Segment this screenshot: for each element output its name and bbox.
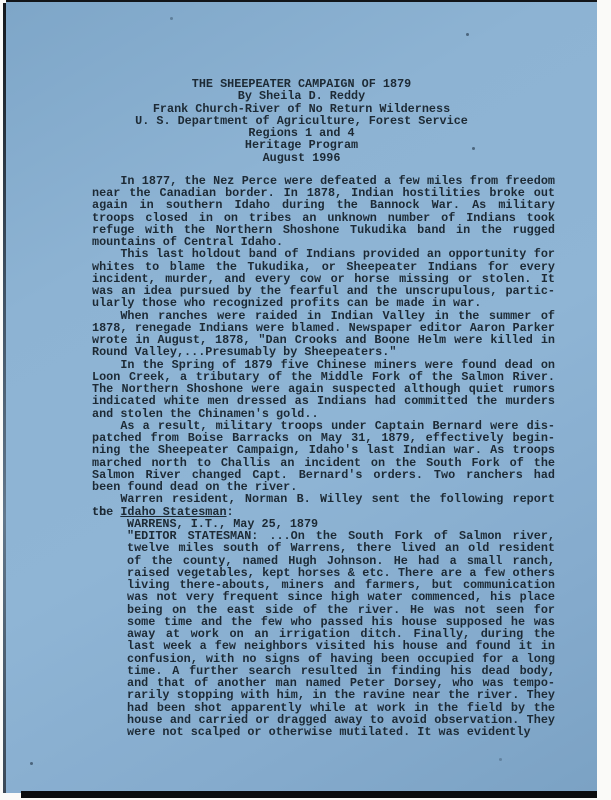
body-line: Round Valley,...Presumably by Sheepeater… <box>92 346 555 358</box>
letter-line: were not scalped or otherwise mutilated.… <box>127 726 555 738</box>
body-line: ularly those who recognized profits can … <box>92 297 555 309</box>
body-line: whites to blame the Tukudika, or Sheepea… <box>92 261 555 273</box>
body-line: the Idaho Statesman: <box>92 506 555 518</box>
scan-noise-speck <box>472 147 475 150</box>
title-line: Heritage Program <box>6 139 597 151</box>
letter-line: twelve miles south of Warrens, there liv… <box>127 542 555 554</box>
scan-noise-speck <box>30 762 33 765</box>
document-body: In 1877, the Nez Perce were defeated a f… <box>92 175 555 518</box>
letter-line: confusion, with no signs of having been … <box>127 653 555 665</box>
title-line: Frank Church-River of No Return Wilderne… <box>6 103 597 115</box>
letter-line: of the county, named Hugh Johnson. He ha… <box>127 555 555 567</box>
document-header: THE SHEEPEATER CAMPAIGN OF 1879By Sheila… <box>6 78 597 164</box>
scan-noise-speck <box>499 758 502 761</box>
body-line: indicated white men dressed as Indians h… <box>92 395 555 407</box>
letter-line: being on the east side of the river. He … <box>127 604 555 616</box>
body-line: again in southern Idaho during the Banno… <box>92 199 555 211</box>
body-line: ning the Sheepeater Campaign, Idaho's la… <box>92 444 555 456</box>
body-line: When ranches were raided in Indian Valle… <box>92 310 555 322</box>
letter-excerpt-block: WARRENS, I.T., May 25, 1879"EDITOR STATE… <box>127 518 555 739</box>
body-line: and stolen the Chinamen's gold.. <box>92 408 555 420</box>
body-line: This last holdout band of Indians provid… <box>92 248 555 260</box>
body-line: troops closed in on tribes an unknown nu… <box>92 212 555 224</box>
title-line: By Sheila D. Reddy <box>6 90 597 102</box>
title-line: August 1996 <box>6 152 597 164</box>
typewritten-document: THE SHEEPEATER CAMPAIGN OF 1879By Sheila… <box>6 78 597 738</box>
body-line: In the Spring of 1879 five Chinese miner… <box>92 359 555 371</box>
letter-line: was not very frequent since high water c… <box>127 591 555 603</box>
letter-line: last week a few neighbors visited his ho… <box>127 640 555 652</box>
letter-line: rarily stopping with him, in the ravine … <box>127 689 555 701</box>
body-line: marched north to Challis an incident on … <box>92 457 555 469</box>
scan-noise-speck <box>170 17 173 20</box>
letter-line: had been shot apparently while at work i… <box>127 702 555 714</box>
scanned-document-screenshot: { "colors": { "paper_blue": "#8bb1d2", "… <box>0 0 611 800</box>
scan-noise-speck <box>466 33 469 36</box>
page-top-edge-shadow <box>6 0 597 2</box>
page-bottom-edge-shadow <box>21 791 597 798</box>
